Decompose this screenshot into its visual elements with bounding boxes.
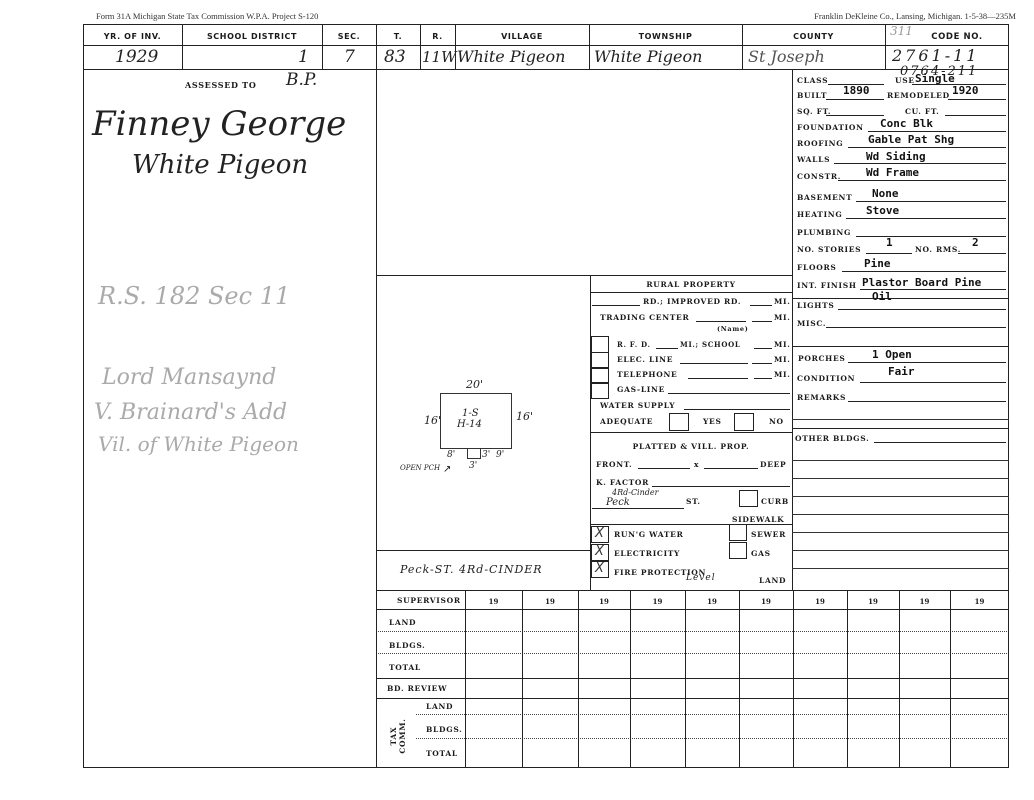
sketch-center-1: 1-S <box>462 408 479 419</box>
remodeled-label: REMODELED <box>887 91 950 100</box>
rfd-label: R. F. D. <box>617 340 651 349</box>
stories-label: NO. STORIES <box>797 245 861 254</box>
assessed-to-label: ASSESSED TO <box>185 80 257 90</box>
built-value[interactable]: 1890 <box>843 84 870 97</box>
check-mark-icon: X <box>595 526 604 541</box>
running-water-checkbox[interactable]: X <box>591 526 609 543</box>
sidewalk-label: SIDEWALK <box>732 515 784 524</box>
roofing-value[interactable]: Gable Pat Shg <box>868 133 954 146</box>
village-label: VILLAGE <box>455 32 589 41</box>
tax-land-label: LAND <box>426 702 453 711</box>
misc-label: MISC. <box>797 319 826 328</box>
adequate-yes-checkbox[interactable] <box>669 413 689 431</box>
constr-value[interactable]: Wd Frame <box>866 166 919 179</box>
elec-mi: MI. <box>774 355 791 364</box>
gas-line-checkbox[interactable] <box>591 382 609 399</box>
legal-note-2: Lord Mansaynd <box>102 365 276 390</box>
other-bldgs-label: OTHER BLDGS. <box>795 434 869 443</box>
x-label: x <box>694 460 699 469</box>
running-water-label: RUN'G WATER <box>614 530 684 539</box>
heating-label: HEATING <box>797 210 842 219</box>
code-no-label: CODE NO. <box>905 32 1009 42</box>
check-mark-icon: X <box>595 561 604 576</box>
rfd-checkbox[interactable] <box>591 336 609 353</box>
sewer-label: SEWER <box>751 530 786 539</box>
foundation-label: FOUNDATION <box>797 123 864 132</box>
curb-checkbox[interactable] <box>739 490 758 507</box>
basement-value[interactable]: None <box>872 187 899 200</box>
year-column-header: 19 <box>739 597 793 606</box>
year-column-header: 19 <box>630 597 685 606</box>
row-land-label: LAND <box>389 618 416 627</box>
built-label: BUILT <box>797 91 827 100</box>
cu-ft-label: CU. FT. <box>905 107 940 116</box>
front-label: FRONT. <box>596 460 632 469</box>
telephone-mi: MI. <box>774 370 791 379</box>
sec-label: SEC. <box>322 32 376 41</box>
rd-mi: MI. <box>774 297 791 306</box>
tax-comm-label: TAX COMM. <box>389 711 407 761</box>
water-supply-label: WATER SUPPLY <box>600 401 675 410</box>
sketch-porch-width: 3' <box>482 450 490 460</box>
t-label: T. <box>376 32 420 41</box>
deep-label: DEEP <box>760 460 786 469</box>
remodeled-value[interactable]: 1920 <box>952 84 979 97</box>
roofing-label: ROOFING <box>797 139 843 148</box>
curb-label: CURB <box>761 497 789 506</box>
sewer-checkbox[interactable] <box>729 524 747 541</box>
owner-place[interactable]: White Pigeon <box>132 150 308 180</box>
township-value[interactable]: White Pigeon <box>594 47 702 66</box>
condition-label: CONDITION <box>797 374 855 383</box>
sec-value[interactable]: 7 <box>344 47 355 67</box>
row-bldgs-label: BLDGS. <box>389 641 425 650</box>
heating-value[interactable]: Stove <box>866 204 899 217</box>
supervisor-label: SUPERVISOR <box>397 596 461 605</box>
yes-label: YES <box>703 417 722 426</box>
t-value[interactable]: 83 <box>384 47 406 67</box>
county-value[interactable]: St Joseph <box>748 47 825 66</box>
tax-total-label: TOTAL <box>426 749 458 758</box>
sketch-left: 16' <box>424 414 441 427</box>
gas-checkbox[interactable] <box>729 542 747 559</box>
floors-value[interactable]: Pine <box>864 257 891 270</box>
remarks-label: REMARKS <box>797 393 846 402</box>
gas-line-label: GAS-LINE <box>617 385 665 394</box>
elec-line-label: ELEC. LINE <box>617 355 673 364</box>
land-note: Level <box>686 573 716 583</box>
fire-protection-checkbox[interactable]: X <box>591 561 609 578</box>
k-factor-label: K. FACTOR <box>596 478 649 487</box>
condition-value[interactable]: Fair <box>888 365 915 378</box>
electricity-label: ELECTRICITY <box>614 549 680 558</box>
school-district-value[interactable]: 1 <box>298 47 309 67</box>
trading-center-label: TRADING CENTER <box>600 313 689 322</box>
year-column-header: 19 <box>847 597 899 606</box>
form-header-left: Form 31A Michigan State Tax Commission W… <box>96 11 318 21</box>
int-finish-label: INT. FINISH <box>797 281 857 290</box>
year-column-header: 19 <box>950 597 1009 606</box>
porches-label: PORCHES <box>798 354 846 363</box>
check-mark-icon: X <box>595 544 604 559</box>
rooms-label: NO. RMS. <box>915 245 961 254</box>
sketch-center-2: H-14 <box>457 419 482 430</box>
plumbing-label: PLUMBING <box>797 228 851 237</box>
porch-outline <box>467 449 481 459</box>
platted-title: PLATTED & VILL. PROP. <box>590 442 792 451</box>
walls-value[interactable]: Wd Siding <box>866 150 926 163</box>
constr-label: CONSTR. <box>797 172 841 181</box>
school-mi: MI. <box>774 340 791 349</box>
year-column-header: 19 <box>899 597 950 606</box>
name-label: (Name) <box>717 325 749 333</box>
year-column-header: 19 <box>578 597 630 606</box>
walls-label: WALLS <box>797 155 830 164</box>
sketch-right: 16' <box>516 410 533 423</box>
legal-note-1: R.S. 182 Sec 11 <box>98 282 290 310</box>
gas-label: GAS <box>751 549 771 558</box>
sketch-bottom-right: 9' <box>496 450 504 460</box>
telephone-label: TELEPHONE <box>617 370 677 379</box>
lights-label: LIGHTS <box>797 301 834 310</box>
use-value[interactable]: Single <box>915 72 955 85</box>
tax-bldgs-label: BLDGS. <box>426 725 462 734</box>
assessed-annotation: B.P. <box>286 70 317 90</box>
adequate-label: ADEQUATE <box>600 417 653 426</box>
stories-value[interactable]: 1 <box>886 236 893 249</box>
adequate-no-checkbox[interactable] <box>734 413 754 431</box>
legal-note-3: V. Brainard's Add <box>94 400 287 425</box>
year-column-header: 19 <box>685 597 739 606</box>
code-annotation: 311 <box>890 24 913 38</box>
rd-label: RD.; IMPROVED RD. <box>643 297 741 306</box>
arrow-icon: ↗ <box>443 464 451 475</box>
row-total-label: TOTAL <box>389 663 421 672</box>
county-label: COUNTY <box>742 32 885 41</box>
int-finish-value[interactable]: Plastor Board Pine <box>862 276 981 289</box>
rooms-value[interactable]: 2 <box>972 236 979 249</box>
year-column-header: 19 <box>793 597 847 606</box>
township-label: TOWNSHIP <box>589 32 742 41</box>
bd-review-label: BD. REVIEW <box>387 684 447 693</box>
porches-value[interactable]: 1 Open <box>872 348 912 361</box>
code-no-value[interactable]: 2761-11 <box>892 46 979 65</box>
class-label: CLASS <box>797 76 828 85</box>
foundation-value[interactable]: Conc Blk <box>880 117 933 130</box>
year-column-header: 19 <box>522 597 578 606</box>
st-label: ST. <box>686 497 701 506</box>
sketch-street: Peck-ST. 4Rd-CINDER <box>400 563 543 576</box>
rural-title: RURAL PROPERTY <box>590 280 792 289</box>
r-value[interactable]: 11W <box>422 48 457 66</box>
sketch-top: 20' <box>466 378 483 391</box>
form-header-right: Franklin DeKleine Co., Lansing, Michigan… <box>814 11 1016 21</box>
lights-value[interactable]: Oil <box>872 290 892 303</box>
school-label: MI.; SCHOOL <box>680 340 741 349</box>
yr-of-inv-value[interactable]: 1929 <box>115 47 158 67</box>
yr-of-inv-label: YR. OF INV. <box>83 32 182 41</box>
trading-mi: MI. <box>774 313 791 322</box>
sketch-bottom-left: 8' <box>447 450 455 460</box>
sketch-porch-label: OPEN PCH <box>400 464 440 472</box>
basement-label: BASEMENT <box>797 193 852 202</box>
year-column-header: 19 <box>465 597 522 606</box>
r-label: R. <box>420 32 455 41</box>
no-label: NO <box>769 417 784 426</box>
sketch-porch-depth: 3' <box>469 461 477 471</box>
village-value[interactable]: White Pigeon <box>457 47 565 66</box>
owner-name[interactable]: Finney George <box>92 104 346 144</box>
floors-label: FLOORS <box>797 263 837 272</box>
land-label: LAND <box>759 576 786 585</box>
legal-note-4: Vil. of White Pigeon <box>98 432 299 456</box>
street-note: 4Rd-Cinder <box>612 488 658 497</box>
street-name[interactable]: Peck <box>606 497 630 508</box>
school-district-label: SCHOOL DISTRICT <box>182 32 322 41</box>
electricity-checkbox[interactable]: X <box>591 544 609 561</box>
